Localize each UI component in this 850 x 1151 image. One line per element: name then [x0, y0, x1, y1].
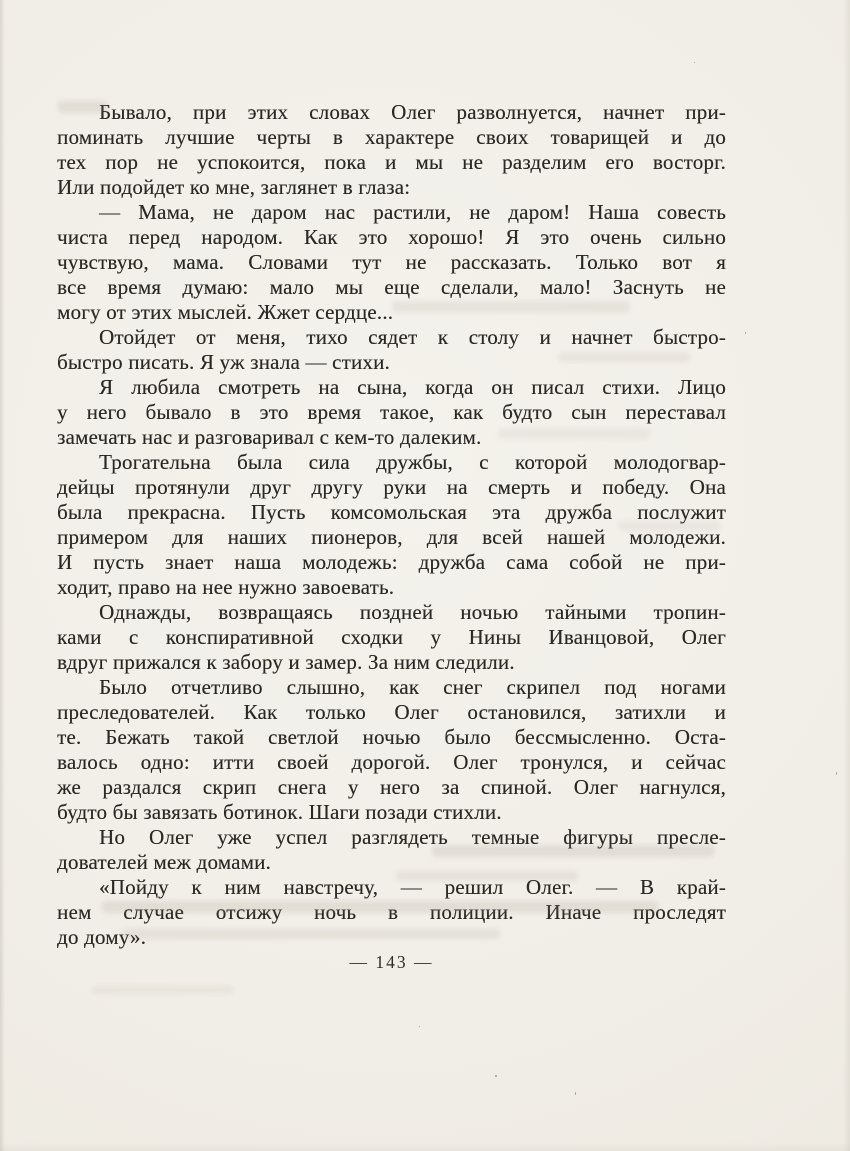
paper-speck — [575, 1092, 576, 1095]
text-line: чиста перед народом. Как это хорошо! Я э… — [57, 225, 726, 250]
text-line: замечать нас и разговаривал с кем-то дал… — [57, 425, 726, 450]
scanned-book-page: { "document": { "type": "scanned-book-pa… — [0, 0, 850, 1151]
paragraph: Бывало, при этих словах Олег разволнуетс… — [57, 100, 726, 200]
text-line: Однажды, возвращаясь поздней ночью тайны… — [57, 600, 726, 625]
text-line: валось одно: итти своей дорогой. Олег тр… — [57, 750, 726, 775]
text-line: быстро писать. Я уж знала — стихи. — [57, 350, 726, 375]
text-line: «Пойду к ним навстречу, — решил Олег. — … — [57, 875, 726, 900]
text-line: Я любила смотреть на сына, когда он писа… — [57, 375, 726, 400]
text-line: чувствую, мама. Словами тут не рассказат… — [57, 250, 726, 275]
paragraph: — Мама, не даром нас растили, не даром! … — [57, 200, 726, 325]
text-line: до дому». — [57, 925, 726, 950]
paragraph: Но Олег уже успел разглядеть темные фигу… — [57, 825, 726, 875]
text-line: могу от этих мыслей. Жжет сердце... — [57, 300, 726, 325]
text-line: была прекрасна. Пусть комсомольская эта … — [57, 500, 726, 525]
text-line: дователей меж домами. — [57, 850, 726, 875]
paper-speck — [836, 772, 837, 775]
text-line: Отойдет от меня, тихо сядет к столу и на… — [57, 325, 726, 350]
text-line: те. Бежать такой светлой ночью было бесс… — [57, 725, 726, 750]
paragraph: Было отчетливо слышно, как снег скрипел … — [57, 675, 726, 825]
paragraph: Отойдет от меня, тихо сядет к столу и на… — [57, 325, 726, 375]
text-line: вдруг прижался к забору и замер. За ним … — [57, 650, 726, 675]
text-line: нем случае отсижу ночь в полиции. Иначе … — [57, 900, 726, 925]
text-line: у него бывало в это время такое, как буд… — [57, 400, 726, 425]
text-line: ками с конспиративной сходки у Нины Иван… — [57, 625, 726, 650]
text-line: преследователей. Как только Олег останов… — [57, 700, 726, 725]
text-line: тех пор не успокоится, пока и мы не разд… — [57, 150, 726, 175]
bleed-through-smudge — [92, 986, 234, 994]
text-line: Бывало, при этих словах Олег разволнуетс… — [57, 100, 726, 125]
paper-speck — [694, 62, 695, 63]
text-block: Бывало, при этих словах Олег разволнуетс… — [57, 100, 726, 950]
page-number: — 143 — — [57, 951, 726, 973]
text-line: же раздался скрип снега у него за спиной… — [57, 775, 726, 800]
text-line: все время думаю: мало мы еще сделали, ма… — [57, 275, 726, 300]
text-line: поминать лучшие черты в характере своих … — [57, 125, 726, 150]
paragraph: Однажды, возвращаясь поздней ночью тайны… — [57, 600, 726, 675]
text-line: Трогательна была сила дружбы, с которой … — [57, 450, 726, 475]
text-line: Но Олег уже успел разглядеть темные фигу… — [57, 825, 726, 850]
text-line: Было отчетливо слышно, как снег скрипел … — [57, 675, 726, 700]
paragraph: «Пойду к ним навстречу, — решил Олег. — … — [57, 875, 726, 950]
paragraph: Трогательна была сила дружбы, с которой … — [57, 450, 726, 600]
paper-speck — [745, 332, 746, 334]
paper-speck — [495, 1075, 497, 1077]
paper-surface: Бывало, при этих словах Олег разволнуетс… — [0, 0, 850, 1151]
paragraph: Я любила смотреть на сына, когда он писа… — [57, 375, 726, 450]
text-line: Или подойдет ко мне, заглянет в глаза: — [57, 175, 726, 200]
text-line: — Мама, не даром нас растили, не даром! … — [57, 200, 726, 225]
paper-speck — [419, 1026, 420, 1027]
text-line: дейцы протянули друг другу руки на смерт… — [57, 475, 726, 500]
text-line: ходит, право на нее нужно завоевать. — [57, 575, 726, 600]
text-line: будто бы завязать ботинок. Шаги позади с… — [57, 800, 726, 825]
text-line: примером для наших пионеров, для всей на… — [57, 525, 726, 550]
text-line: И пусть знает наша молодежь: дружба сама… — [57, 550, 726, 575]
